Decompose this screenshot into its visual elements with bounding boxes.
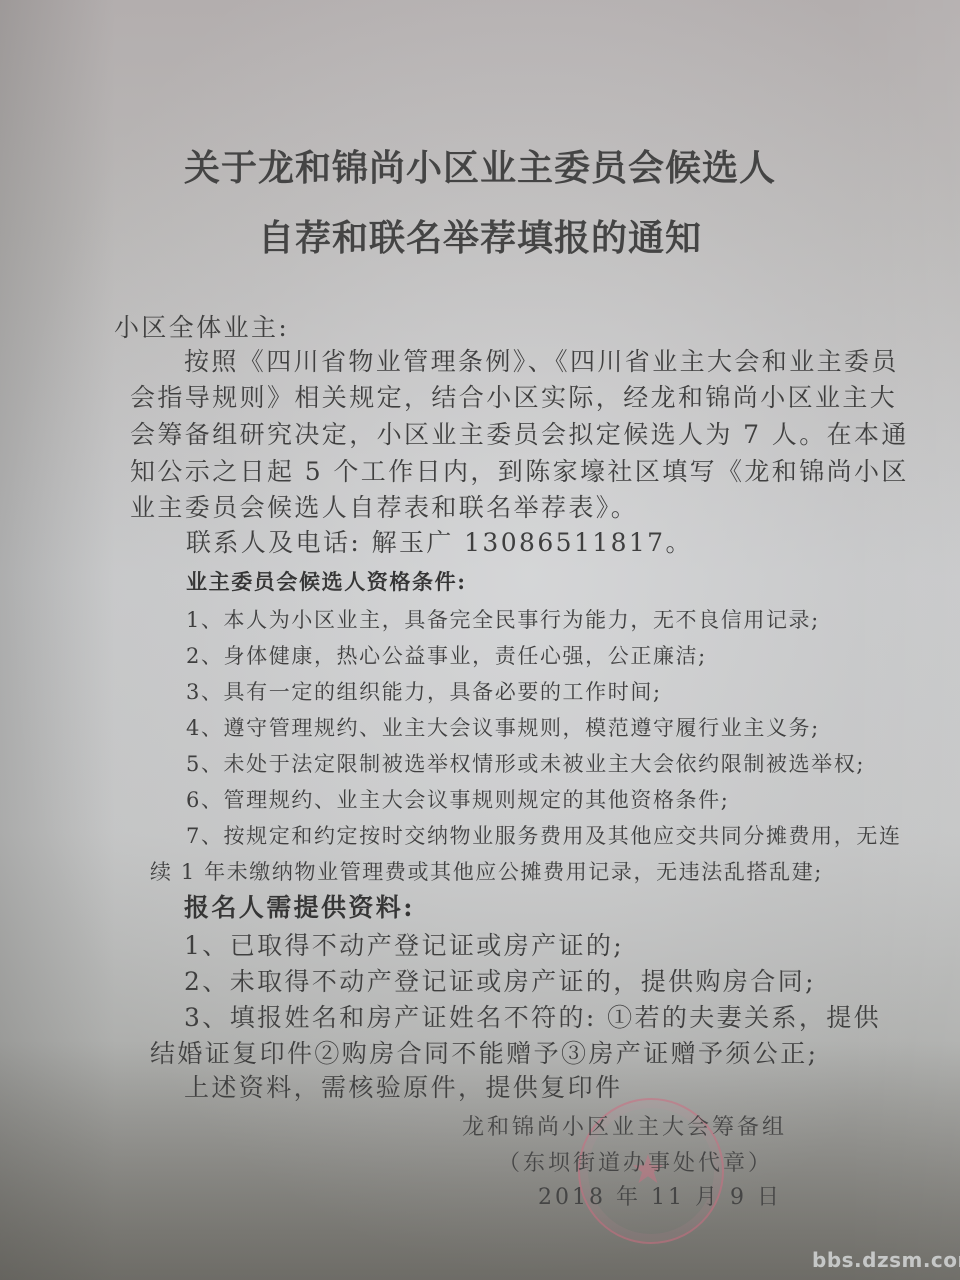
materials-item-3-cont: 结婚证复印件②购房合同不能赠予③房产证赠予须公正;	[150, 1034, 818, 1070]
qualification-item-5: 5、未处于法定限制被选举权情形或未被业主大会依约限制被选举权;	[186, 748, 865, 778]
materials-item-1: 1、已取得不动产登记证或房产证的;	[184, 926, 624, 962]
contact-line: 联系人及电话: 解玉广 13086511817。	[186, 523, 693, 559]
qualification-item-3: 3、具有一定的组织能力，具备必要的工作时间;	[186, 676, 662, 706]
signature-organization: 龙和锦尚小区业主大会筹备组	[462, 1110, 787, 1141]
signature-stamp-note: （东坝街道办事处代章）	[498, 1146, 773, 1177]
materials-item-3: 3、填报姓名和房产证姓名不符的: ①若的夫妻关系，提供	[184, 998, 881, 1034]
body-line-4: 知公示之日起 5 个工作日内，到陈家壕社区填写《龙和锦尚小区	[130, 452, 909, 488]
materials-note: 上述资料，需核验原件，提供复印件	[184, 1068, 622, 1104]
qualification-item-7: 7、按规定和约定按时交纳物业服务费用及其他应交共同分摊费用，无连	[186, 820, 902, 850]
qualification-item-7-cont: 续 1 年未缴纳物业管理费或其他应公摊费用记录，无违法乱搭乱建;	[150, 856, 823, 886]
salutation: 小区全体业主:	[114, 308, 289, 344]
materials-item-2: 2、未取得不动产登记证或房产证的，提供购房合同;	[184, 962, 816, 998]
materials-heading: 报名人需提供资料:	[184, 888, 415, 924]
notice-title-line-2: 自荐和联名举荐填报的通知	[0, 210, 960, 261]
qualifications-heading: 业主委员会候选人资格条件:	[186, 566, 467, 596]
qualification-item-1: 1、本人为小区业主，具备完全民事行为能力，无不良信用记录;	[186, 604, 820, 634]
body-line-5: 业主委员会候选人自荐表和联名举荐表》。	[130, 488, 638, 524]
qualification-item-2: 2、身体健康，热心公益事业，责任心强，公正廉洁;	[186, 640, 707, 670]
body-line-3: 会筹备组研究决定，小区业主委员会拟定候选人为 7 人。在本通	[130, 415, 909, 451]
body-line-2: 会指导规则》相关规定，结合小区实际，经龙和锦尚小区业主大	[130, 378, 897, 414]
qualification-item-4: 4、遵守管理规约、业主大会议事规则，模范遵守履行业主义务;	[186, 712, 820, 742]
qualification-item-6: 6、管理规约、业主大会议事规则规定的其他资格条件;	[186, 784, 729, 814]
signature-date: 2018 年 11 月 9 日	[538, 1180, 782, 1211]
watermark: bbs.dzsm.com	[812, 1248, 960, 1272]
notice-title-line-1: 关于龙和锦尚小区业主委员会候选人	[0, 140, 960, 191]
body-line-1: 按照《四川省物业管理条例》、《四川省业主大会和业主委员	[184, 342, 899, 378]
